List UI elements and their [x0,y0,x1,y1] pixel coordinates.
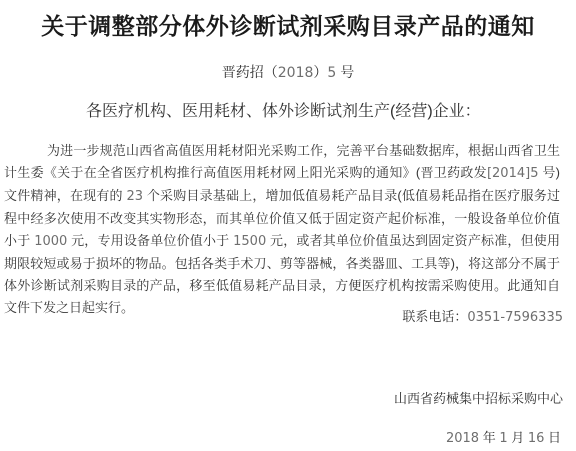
document-title: 关于调整部分体外诊断试剂采购目录产品的通知 [0,8,576,41]
salutation-line: 各医疗机构、医用耗材、体外诊断试剂生产(经营)企业： [86,98,566,121]
notice-document: 关于调整部分体外诊断试剂采购目录产品的通知 晋药招（2018）5 号 各医疗机构… [0,0,576,451]
issue-date: 2018 年 1 月 16 日 [446,427,561,446]
contact-phone: 联系电话：0351-7596335 [402,306,563,325]
body-paragraph: 为进一步规范山西省高值医用耗材阳光采购工作，完善平台基础数据库，根据山西省卫生计… [4,140,560,319]
issuing-organization: 山西省药械集中招标采购中心 [394,388,563,407]
document-number: 晋药招（2018）5 号 [0,62,576,82]
